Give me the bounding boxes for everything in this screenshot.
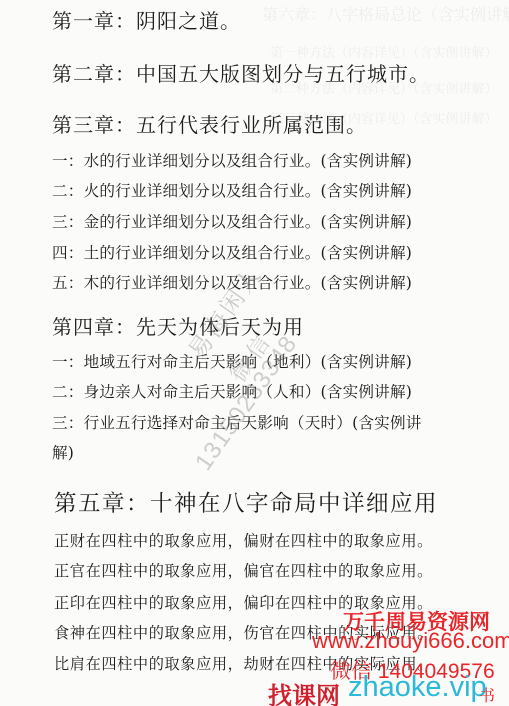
chapter-5-item: 正官在四柱中的取象应用，偏官在四柱中的取象应用。 [54,560,433,581]
chapter-5-item: 正财在四柱中的取象应用，偏财在四柱中的取象应用。 [54,530,433,551]
bleed-through-text: 第六章：八字格局总论（含实例讲解） [262,2,509,25]
chapter-3-heading: 第三章：五行代表行业所属范围。 [52,109,367,138]
watermark-partial-text: 书 [479,683,495,706]
chapter-2-heading: 第二章：中国五大版图划分与五行城市。 [52,58,430,87]
chapter-5-heading: 第五章：十神在八字命局中详细应用 [54,486,438,518]
chapter-3-item: 四：土的行业详细划分以及组合行业。(含实例讲解) [52,241,412,263]
watermark-zhaoke-cn: 找课网 [268,676,340,706]
watermark-zhaoke-url: zhaoke.vip [348,671,487,704]
scanned-document-page: 第六章：八字格局总论（含实例讲解） 第一种方法（内容详见）（含实例讲解） 第二种… [0,0,509,706]
chapter-3-item: 一：水的行业详细划分以及组合行业。(含实例讲解) [52,149,412,171]
chapter-4-item-wrap: 解) [52,441,74,463]
watermark-site-url: www.zhouyi666.com [312,628,509,654]
chapter-3-item: 二：火的行业详细划分以及组合行业。(含实例讲解) [52,179,412,201]
chapter-1-heading: 第一章：阴阳之道。 [52,5,241,34]
chapter-3-item: 三：金的行业详细划分以及组合行业。(含实例讲解) [52,210,412,232]
